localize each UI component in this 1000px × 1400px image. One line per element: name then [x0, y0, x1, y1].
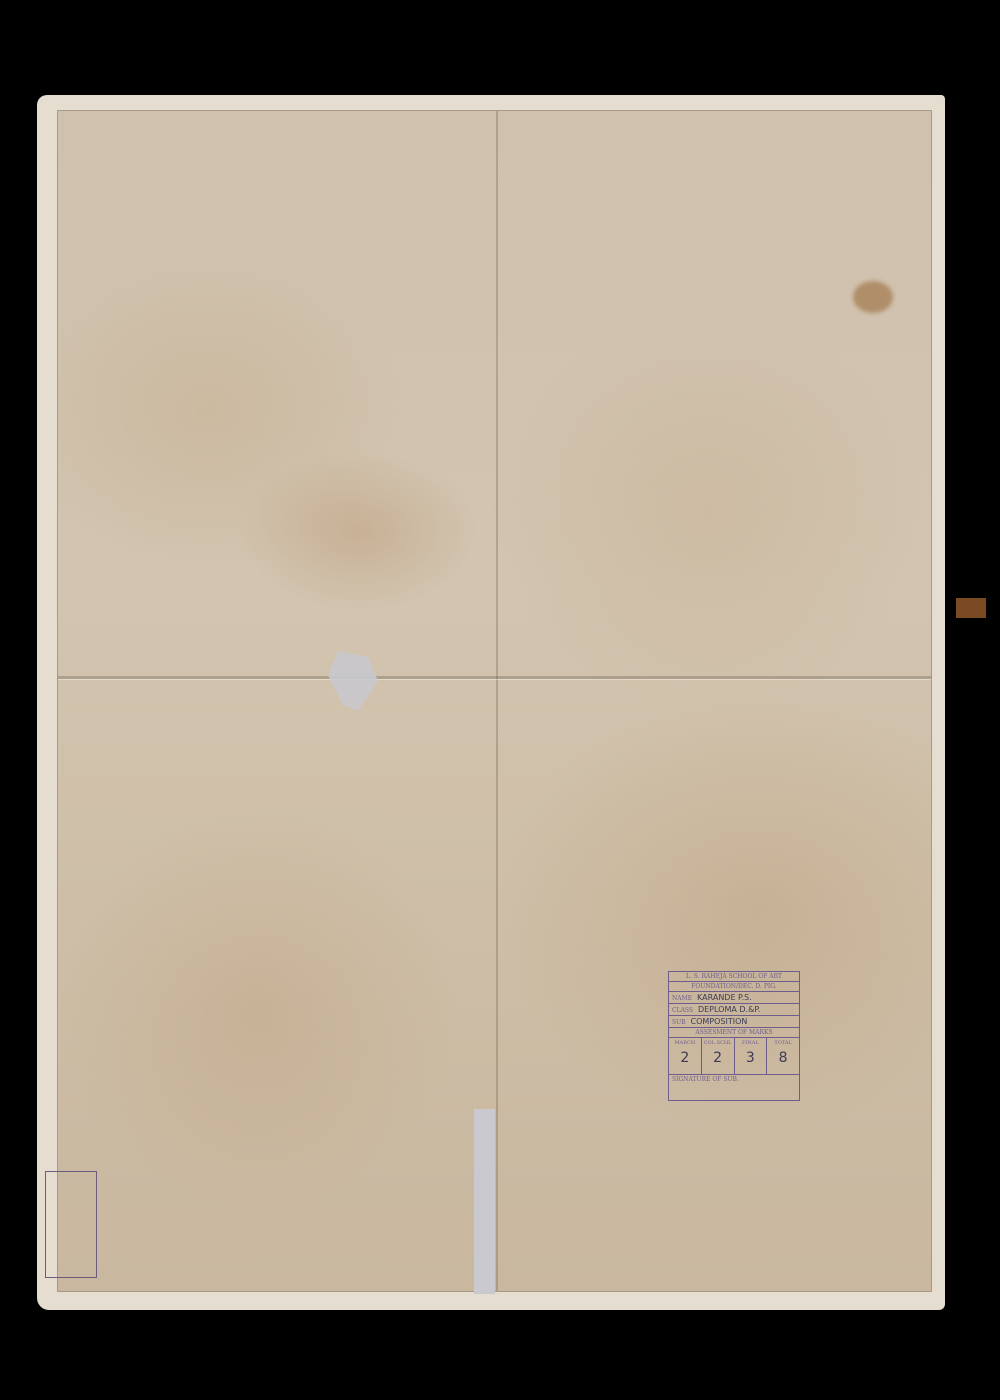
corner-stamp-outline	[45, 1171, 97, 1278]
paper-back: L. S. RAHEJA SCHOOL OF ART FOUNDATION/DE…	[57, 110, 932, 1292]
stamp-subtitle: FOUNDATION/DEC. D. PIG.	[669, 982, 799, 992]
stamp-school: L. S. RAHEJA SCHOOL OF ART	[669, 972, 799, 982]
stamp-sub-row: SUB COMPOSITION	[669, 1016, 799, 1028]
sub-label: SUB	[672, 1019, 686, 1026]
mark-col-total: TOTAL8	[767, 1038, 799, 1074]
assessment-stamp: L. S. RAHEJA SCHOOL OF ART FOUNDATION/DE…	[668, 971, 800, 1101]
stamp-name-row: NAME KARANDE P.S.	[669, 992, 799, 1004]
stamp-class-row: CLASS DEPLOMA D.&P.	[669, 1004, 799, 1016]
class-label: CLASS	[672, 1007, 693, 1014]
signature-label: SIGNATURE OF SUB.	[672, 1076, 739, 1083]
signature-row: SIGNATURE OF SUB.	[669, 1075, 799, 1084]
mark-col-march: MARCH2	[669, 1038, 702, 1074]
vertical-fold-line	[496, 111, 498, 1291]
marks-columns: MARCH2 COL.SCHL2 FINAL3 TOTAL8	[669, 1038, 799, 1075]
class-value: DEPLOMA D.&P.	[698, 1005, 761, 1014]
horizontal-fold-line	[58, 676, 931, 679]
mark-col-final: FINAL3	[735, 1038, 768, 1074]
brown-tape-piece	[956, 598, 986, 618]
mark-col-colschl: COL.SCHL2	[702, 1038, 735, 1074]
name-value: KARANDE P.S.	[697, 993, 752, 1002]
stain-spot	[853, 281, 893, 313]
torn-patch	[328, 651, 378, 711]
sub-value: COMPOSITION	[691, 1017, 748, 1026]
assessment-heading: ASSESMENT OF MARKS	[669, 1028, 799, 1038]
white-tape-strip	[474, 1109, 495, 1294]
name-label: NAME	[672, 995, 692, 1002]
